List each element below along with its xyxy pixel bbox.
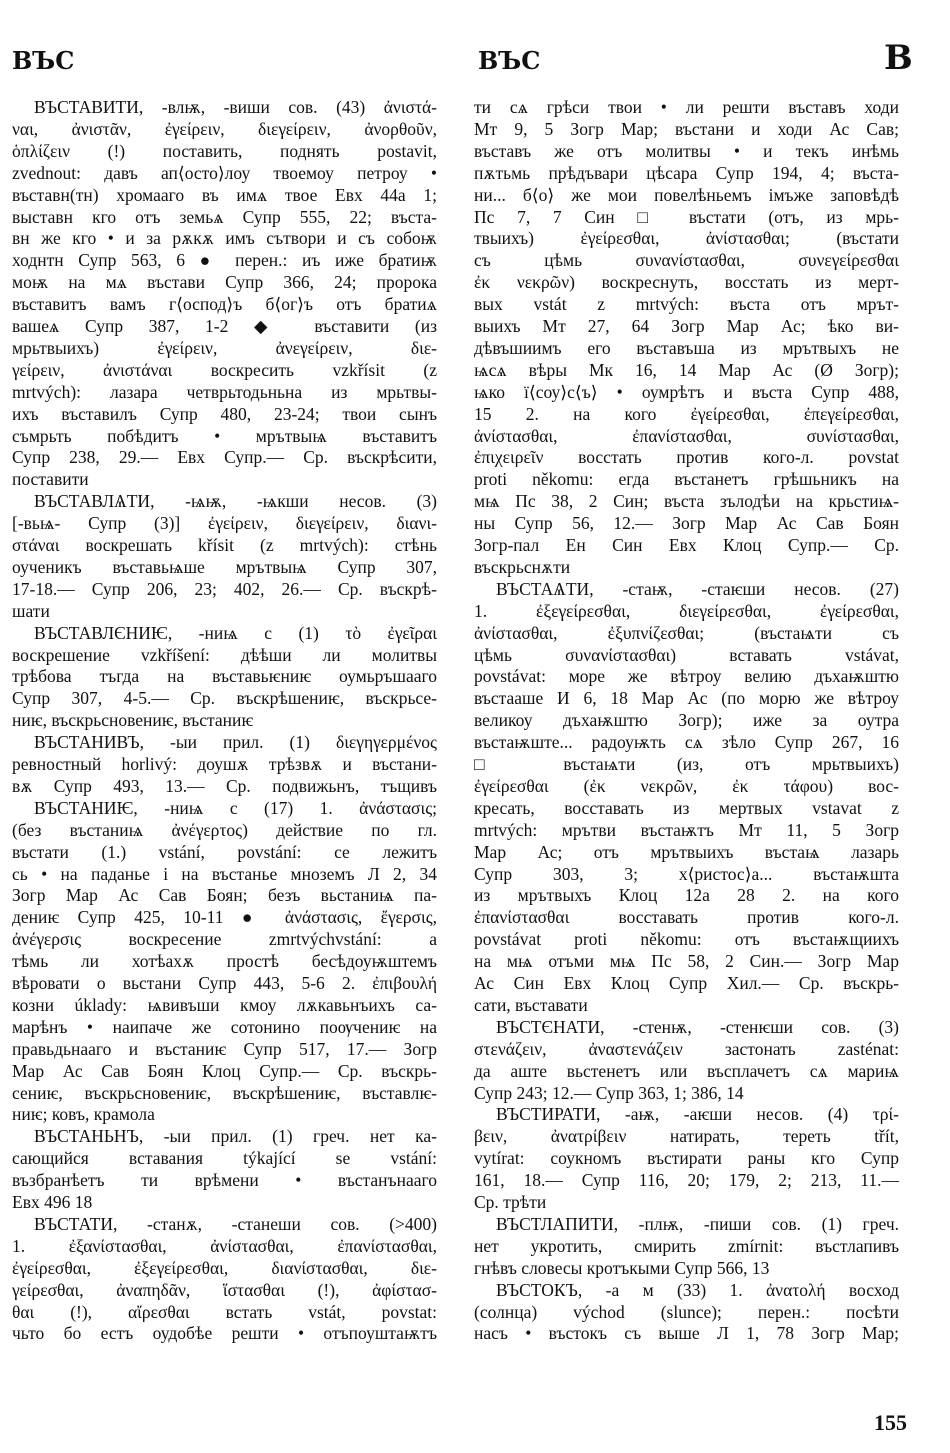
entry-line: выихъ Мт 27, 64 Зогр Мар Ас; ѣко ви- xyxy=(474,315,899,337)
entry-line: proti někomu: егда въстанетъ грѣшьникъ н… xyxy=(474,468,899,490)
entry-line: да аште вьстенетъ или въсплачетъ сѧ мари… xyxy=(474,1060,899,1082)
entry-line: Супр 238, 29.— Евх Супр.— Ср. въскрѣсити… xyxy=(12,446,437,468)
entry-line: povstávat: море же вѣтроу велию дъхаѭштю xyxy=(474,665,899,687)
entry-line: мѩ Пс 38, 2 Син; въста зълодѣи на крьсти… xyxy=(474,490,899,512)
entry-line: vytírat: соукномъ въстирати раны кго Суп… xyxy=(474,1147,899,1169)
entry-line: Зогр Мар Ас Сав Боян; безъ вьстаниѩ па- xyxy=(12,884,437,906)
entry-headline: ВЪСТОКЪ, -а м (33) 1. ἀνατολή восход xyxy=(474,1279,899,1301)
entry-headline: ВЪСТАѦТИ, -стаѭ, -стаѥши несов. (27) xyxy=(474,578,899,600)
entry-line: ἐγείρεσθαι, ἐξεγείρεσθαι, διανίστασθαι, … xyxy=(12,1257,437,1279)
entry-headline: ВЪСТАВЛЄНИѤ, -ниѩ с (1) τὸ ἐγεῖραι xyxy=(12,622,437,644)
entry-line: ти сѧ грѣси твои • ли решти въставъ ходи xyxy=(474,96,899,118)
entry-line: съ цѣмь συνανίστασθαι, συνεγείρεσθαι xyxy=(474,249,899,271)
entry-line: 1. ἐξανίστασθαι, ἀνίστασθαι, ἐπανίστασθα… xyxy=(12,1235,437,1257)
entry-headline: ВЪСТАНИВЪ, -ыи прил. (1) διεγηγερμένος xyxy=(12,731,437,753)
entry-line: γείρεσθαι, ἀναπηδᾶν, ἵστασθαι (!), ἀφίστ… xyxy=(12,1279,437,1301)
entry-line: Мар Ас Сав Боян Клоц Супр.— Ср. въскрь- xyxy=(12,1060,437,1082)
entry-line: въставн(тн) хромааго въ имѧ твое Евх 44а… xyxy=(12,184,437,206)
entry-line: воскрешение vzkříšení: дѣѣши ли молитвы xyxy=(12,644,437,666)
page-number: 155 xyxy=(874,1410,907,1436)
entry-line: на мѩ отъми мѩ Пс 58, 2 Син.— Зогр Мар xyxy=(474,950,899,972)
entry-line: вн же кго • и за рѫкѫ имъ сътвори и съ с… xyxy=(12,227,437,249)
entry-line: ἀνίστασθαι, ἐξυπνίζεσθαι; (въстаѩти съ xyxy=(474,622,899,644)
entry-line: ѩсѧ вѣры Мк 16, 14 Мар Ас (Ø Зогр); xyxy=(474,359,899,381)
entry-line: 1. ἐξεγείρεσθαι, διεγείρεσθαι, ἐγείρεσθα… xyxy=(474,600,899,622)
entry-line: сающийся вставания týkající se vstání: xyxy=(12,1147,437,1169)
entry-line: Супр 243; 12.— Супр 363, 1; 386, 14 xyxy=(474,1082,899,1104)
entry-line: сати, въставати xyxy=(474,994,899,1016)
entry-line: дениѥ Супр 425, 10-11 ● ἀνάστασις, ἔγερσ… xyxy=(12,906,437,928)
entry-headline: ВЪСТАНЬНЪ, -ыи прил. (1) греч. нет ка- xyxy=(12,1125,437,1147)
entry-line: (без въстаниѩ ἀνέγερτος) действие по гл. xyxy=(12,819,437,841)
entry-line: кресать, восставать из мертвых vstavat z xyxy=(474,797,899,819)
entry-line: ἐπανίστασθαι восставать против кого-л. xyxy=(474,906,899,928)
entry-line: вых vstát z mrtvých: въста отъ мрът- xyxy=(474,293,899,315)
entry-line: сь • на паданье і на въстанье мноземъ Л … xyxy=(12,863,437,885)
entry-headline: ВЪСТЄНАТИ, -стенѭ, -стенѥши сов. (3) xyxy=(474,1016,899,1038)
entry-line: ѩко ї⟨соу⟩с⟨ъ⟩ • оумрѣтъ и въста Супр 48… xyxy=(474,381,899,403)
entry-line: цѣмь συνανίστασθαι) вставать vstávat, xyxy=(474,644,899,666)
entry-line: ни... б⟨о⟩ же мои повелѣньемъ імъже запо… xyxy=(474,184,899,206)
running-head-center: ВЪС xyxy=(478,46,540,75)
entry-line: [-вьѩ- Супр (3)] ἐγείρειν, διεγείρειν, δ… xyxy=(12,512,437,534)
entry-line: из мрътвыхъ Клоц 12а 28 2. на кого xyxy=(474,884,899,906)
entry-line: Супр 307, 4-5.— Ср. въскрѣшениѥ, въскрьс… xyxy=(12,687,437,709)
entry-line: выставн кго отъ земьѧ Супр 555, 22; въст… xyxy=(12,206,437,228)
entry-line: оученикъ въставьѩше мрътвыѩ Супр 307, xyxy=(12,556,437,578)
entry-line: Супр 303, 3; х⟨ристос⟩а... въстаѭшта xyxy=(474,863,899,885)
entry-line: στενάζειν, ἀναστενάζειν застонать zastén… xyxy=(474,1038,899,1060)
entry-headline: ВЪСТАТИ, -станѫ, -станеши сов. (>400) xyxy=(12,1213,437,1235)
entry-headline: ВЪСТЛАПИТИ, -плѭ, -пиши сов. (1) греч. xyxy=(474,1213,899,1235)
entry-line: ἐκ νεκρῶν) воскреснуть, восстать из мерт… xyxy=(474,271,899,293)
entry-line: 17-18.— Супр 206, 23; 402, 26.— Ср. въск… xyxy=(12,578,437,600)
entry-line: въстаѭште... радоуѭть сѧ зѣло Супр 267, … xyxy=(474,731,899,753)
entry-line: насъ • въстокъ съ выше Л 1, 78 Зогр Мар; xyxy=(474,1322,899,1344)
entry-line: mrtvých: мрътви въстаѭтъ Мт 11, 5 Зогр xyxy=(474,819,899,841)
entry-line: στάναι воскрешать křísit (z mrtvých): ст… xyxy=(12,534,437,556)
entry-line: ἀνέγερσις воскресение zmrtvýchvstání: а xyxy=(12,928,437,950)
entry-line: Ас Син Евх Клоц Супр Хил.— Ср. въскрь- xyxy=(474,972,899,994)
entry-line: марѣнъ • наипаче же сотонино поѹчениѥ на xyxy=(12,1016,437,1038)
entry-line: ниѥ, въскрьсновениѥ, въстаниѥ xyxy=(12,709,437,731)
entry-line: ны Супр 56, 12.— Зогр Мар Ас Сав Боян xyxy=(474,512,899,534)
entry-line: (солнца) východ (slunce); перен.: посѣти xyxy=(474,1301,899,1323)
entry-line: γείρειν, ἀνιστάναι воскресить vzkřísit (… xyxy=(12,359,437,381)
entry-line: твыихъ) ἐγείρεσθαι, ἀνίστασθαι; (въстати xyxy=(474,227,899,249)
entry-line: ἀνίστασθαι, ἐπανίστασθαι, συνίστασθαι, xyxy=(474,425,899,447)
entry-line: θαι (!), αἴρεσθαι встать vstát, povstat: xyxy=(12,1301,437,1323)
entry-line: mrtvých): лазара четврьтодьньна из мрьтв… xyxy=(12,381,437,403)
entry-line: Мт 9, 5 Зогр Мар; въстани и ходи Ас Сав; xyxy=(474,118,899,140)
entry-line: мрьтвыихъ) ἐγείρειν, ἀνεγείρειν, διε- xyxy=(12,337,437,359)
entry-line: тѣмь ли хотѣахѫ простѣ бесѣдоуѭштемъ xyxy=(12,950,437,972)
entry-line: шати xyxy=(12,600,437,622)
running-head-left: ВЪС xyxy=(12,46,74,75)
entry-line: съмрьть побѣдитъ • мрътвыѩ въставитъ xyxy=(12,425,437,447)
entry-line: вашеѧ Супр 387, 1-2 ◆ въставити (из xyxy=(12,315,437,337)
entry-line: Ср. трѣти xyxy=(474,1191,899,1213)
entry-line: дѣвъшиимъ его въставъша из мрътвыхъ не xyxy=(474,337,899,359)
entry-line: гнѣвъ словесы кротъкыми Супр 566, 13 xyxy=(474,1257,899,1279)
entry-headline: ВЪСТАВЛѦТИ, -ѩѭ, -ѩкши несов. (3) xyxy=(12,490,437,512)
entry-line: възбранѣетъ ти врѣмени • въстанънааго xyxy=(12,1169,437,1191)
entry-line: Зогр-пал Ен Син Евх Клоц Супр.— Ср. xyxy=(474,534,899,556)
entry-line: нет укротить, смирить zmírnit: въстлапив… xyxy=(474,1235,899,1257)
entry-line: Евх 496 18 xyxy=(12,1191,437,1213)
entry-line: 15 2. на кого ἐγείρεσθαι, ἐπεγείρεσθαι, xyxy=(474,403,899,425)
entry-line: козни úklady: ѩвивъши кмоу лѫкавьнъихъ с… xyxy=(12,994,437,1016)
entry-line: βειν, ἀνατρίβειν натирать, тереть třít, xyxy=(474,1125,899,1147)
section-letter: В xyxy=(884,38,913,78)
entry-line: 161, 18.— Супр 116, 20; 179, 2; 213, 11.… xyxy=(474,1169,899,1191)
entry-line: Мар Ас; отъ мрътвыихъ въстаѩ лазарь xyxy=(474,841,899,863)
entry-line: Пс 7, 7 Син □ въстати (отъ, из мрь- xyxy=(474,206,899,228)
entry-line: ходнтн Супр 563, 6 ● перен.: иъ иже брат… xyxy=(12,249,437,271)
entry-line: въстааше И 6, 18 Мар Ас (по морю же вѣтр… xyxy=(474,687,899,709)
entry-line: ихъ въставилъ Супр 480, 23-24; твои сынъ xyxy=(12,403,437,425)
entry-line: въскрьснѫти xyxy=(474,556,899,578)
entry-line: великоу дъхаѭштю Зогр); иже за оутра xyxy=(474,709,899,731)
entry-line: povstávat proti někomu: отъ въстаѭщиихъ xyxy=(474,928,899,950)
entry-line: чьто бо естъ оудобѣе решти • отъпоуштаѭт… xyxy=(12,1322,437,1344)
entry-line: zvednout: давъ ап⟨осто⟩лоу твоемоу петро… xyxy=(12,162,437,184)
entry-line: ἐγείρεσθαι (ἐκ νεκρῶν, ἐκ τάφου) вос- xyxy=(474,775,899,797)
entry-line: моѭ на мѧ въстави Супр 366, 24; пророка xyxy=(12,271,437,293)
entry-line: вѫ Супр 493, 13.— Ср. подвижьнъ, тъщивъ xyxy=(12,775,437,797)
entry-line: трѣбова тъгда на въставьѥниѥ оумьръшааго xyxy=(12,665,437,687)
entry-headline: ВЪСТАНИѤ, -ниѩ с (17) 1. ἀνάστασις; xyxy=(12,797,437,819)
entry-line: правьдьнааго и въстаниѥ Супр 517, 17.— З… xyxy=(12,1038,437,1060)
entry-line: ниѥ; ковъ, крамола xyxy=(12,1103,437,1125)
entry-line: въстати (1.) vstání, povstání: се лежитъ xyxy=(12,841,437,863)
entry-line: пѫтьмь прѣдъвари цѣсара Супр 194, 4; въс… xyxy=(474,162,899,184)
entry-line: поставити xyxy=(12,468,437,490)
entry-headline: ВЪСТИРАТИ, -аѭ, -аѥши несов. (4) τρί- xyxy=(474,1103,899,1125)
entry-headline: ВЪСТАВИТИ, -влѭ, -виши сов. (43) ἀνιστά- xyxy=(12,96,437,118)
entry-line: ναι, ἀνιστᾶν, ἐγείρειν, διεγείρειν, ἀνορ… xyxy=(12,118,437,140)
entry-line: ревностный horlivý: доушѫ трѣзвѫ и въста… xyxy=(12,753,437,775)
entry-line: □ въстаѩти (из, отъ мрьтвыихъ) xyxy=(474,753,899,775)
entry-line: въставъ же отъ молитвы • и текъ инѣмь xyxy=(474,140,899,162)
entry-line: въставитъ вамъ г⟨оспод⟩ъ б⟨ог⟩ъ отъ брат… xyxy=(12,293,437,315)
entry-line: ὁπλίζειν (!) поставить, поднять postavit… xyxy=(12,140,437,162)
entry-line: ἐπιχειρεῖν восстать против кого-л. povst… xyxy=(474,446,899,468)
entry-line: вѣровати о вьстани Супр 443, 5-6 2. ἐπιβ… xyxy=(12,972,437,994)
entry-line: сениѥ, въскрьсновениѥ, въскрѣшениѥ, въст… xyxy=(12,1082,437,1104)
